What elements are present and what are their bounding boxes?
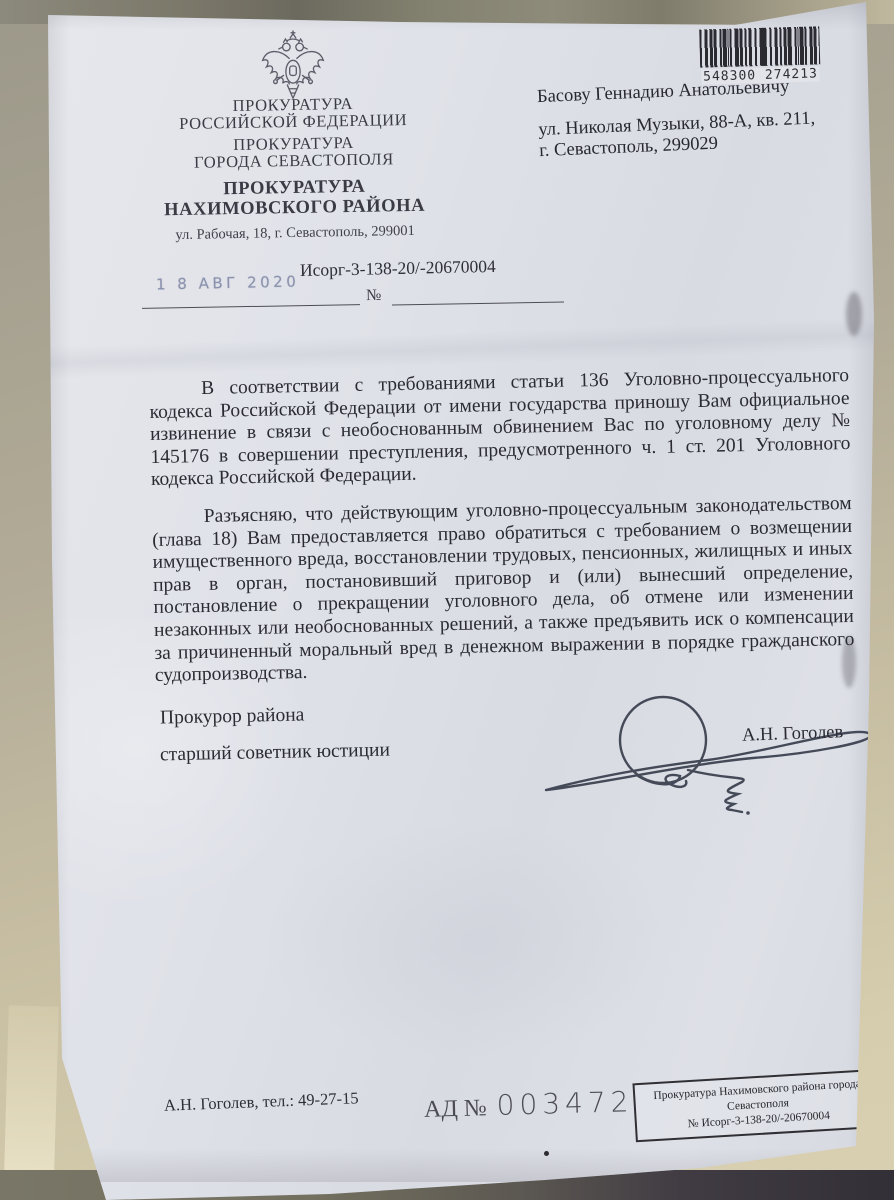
blank-series: АД № bbox=[424, 1095, 487, 1123]
ink-dot bbox=[544, 1151, 549, 1156]
org-address: ул. Рабочая, 18, г. Севастополь, 299001 bbox=[125, 222, 465, 245]
letter-body: В соответствии с требованиями статьи 136… bbox=[149, 365, 855, 688]
letterhead: ПРОКУРАТУРА РОССИЙСКОЙ ФЕДЕРАЦИИ ПРОКУРА… bbox=[123, 93, 465, 245]
barcode-bars bbox=[699, 26, 820, 67]
body-paragraph-2: Разъясняю, что действующим уголовно-проц… bbox=[152, 493, 855, 688]
signer-name: А.Н. Гоголев bbox=[742, 722, 844, 747]
blank-number: АД №003472 bbox=[424, 1085, 634, 1124]
recipient-block: Басову Геннадию Анатольевичу ул. Николая… bbox=[537, 73, 880, 162]
photo-of-document: { "letterhead": { "emblem": "russia-coat… bbox=[0, 0, 894, 1200]
number-underline bbox=[392, 301, 564, 305]
russia-coat-of-arms-icon bbox=[254, 30, 332, 102]
signer-position-line: старший советник юстиции bbox=[160, 740, 390, 767]
ink-smudge bbox=[846, 292, 862, 336]
contact-phone-line: А.Н. Гоголев, тел.: 49-27-15 bbox=[164, 1088, 359, 1115]
number-symbol: № bbox=[366, 287, 382, 305]
date-underline bbox=[142, 304, 360, 309]
blank-digits: 003472 bbox=[496, 1085, 634, 1122]
document-paper: ПРОКУРАТУРА РОССИЙСКОЙ ФЕДЕРАЦИИ ПРОКУРА… bbox=[0, 0, 894, 1200]
outgoing-reference-number: Исорг-3-138-20/-20670004 bbox=[300, 256, 496, 281]
registration-stamp-box: Прокуратура Нахимовского района города С… bbox=[632, 1069, 883, 1143]
signer-position-line: Прокурор района bbox=[160, 704, 305, 729]
date-stamp: 1 8 АВГ 2020 bbox=[156, 273, 300, 294]
body-paragraph-1: В соответствии с требованиями статьи 136… bbox=[149, 365, 851, 492]
paper-crease bbox=[260, 820, 680, 1060]
handwritten-signature bbox=[538, 688, 878, 816]
